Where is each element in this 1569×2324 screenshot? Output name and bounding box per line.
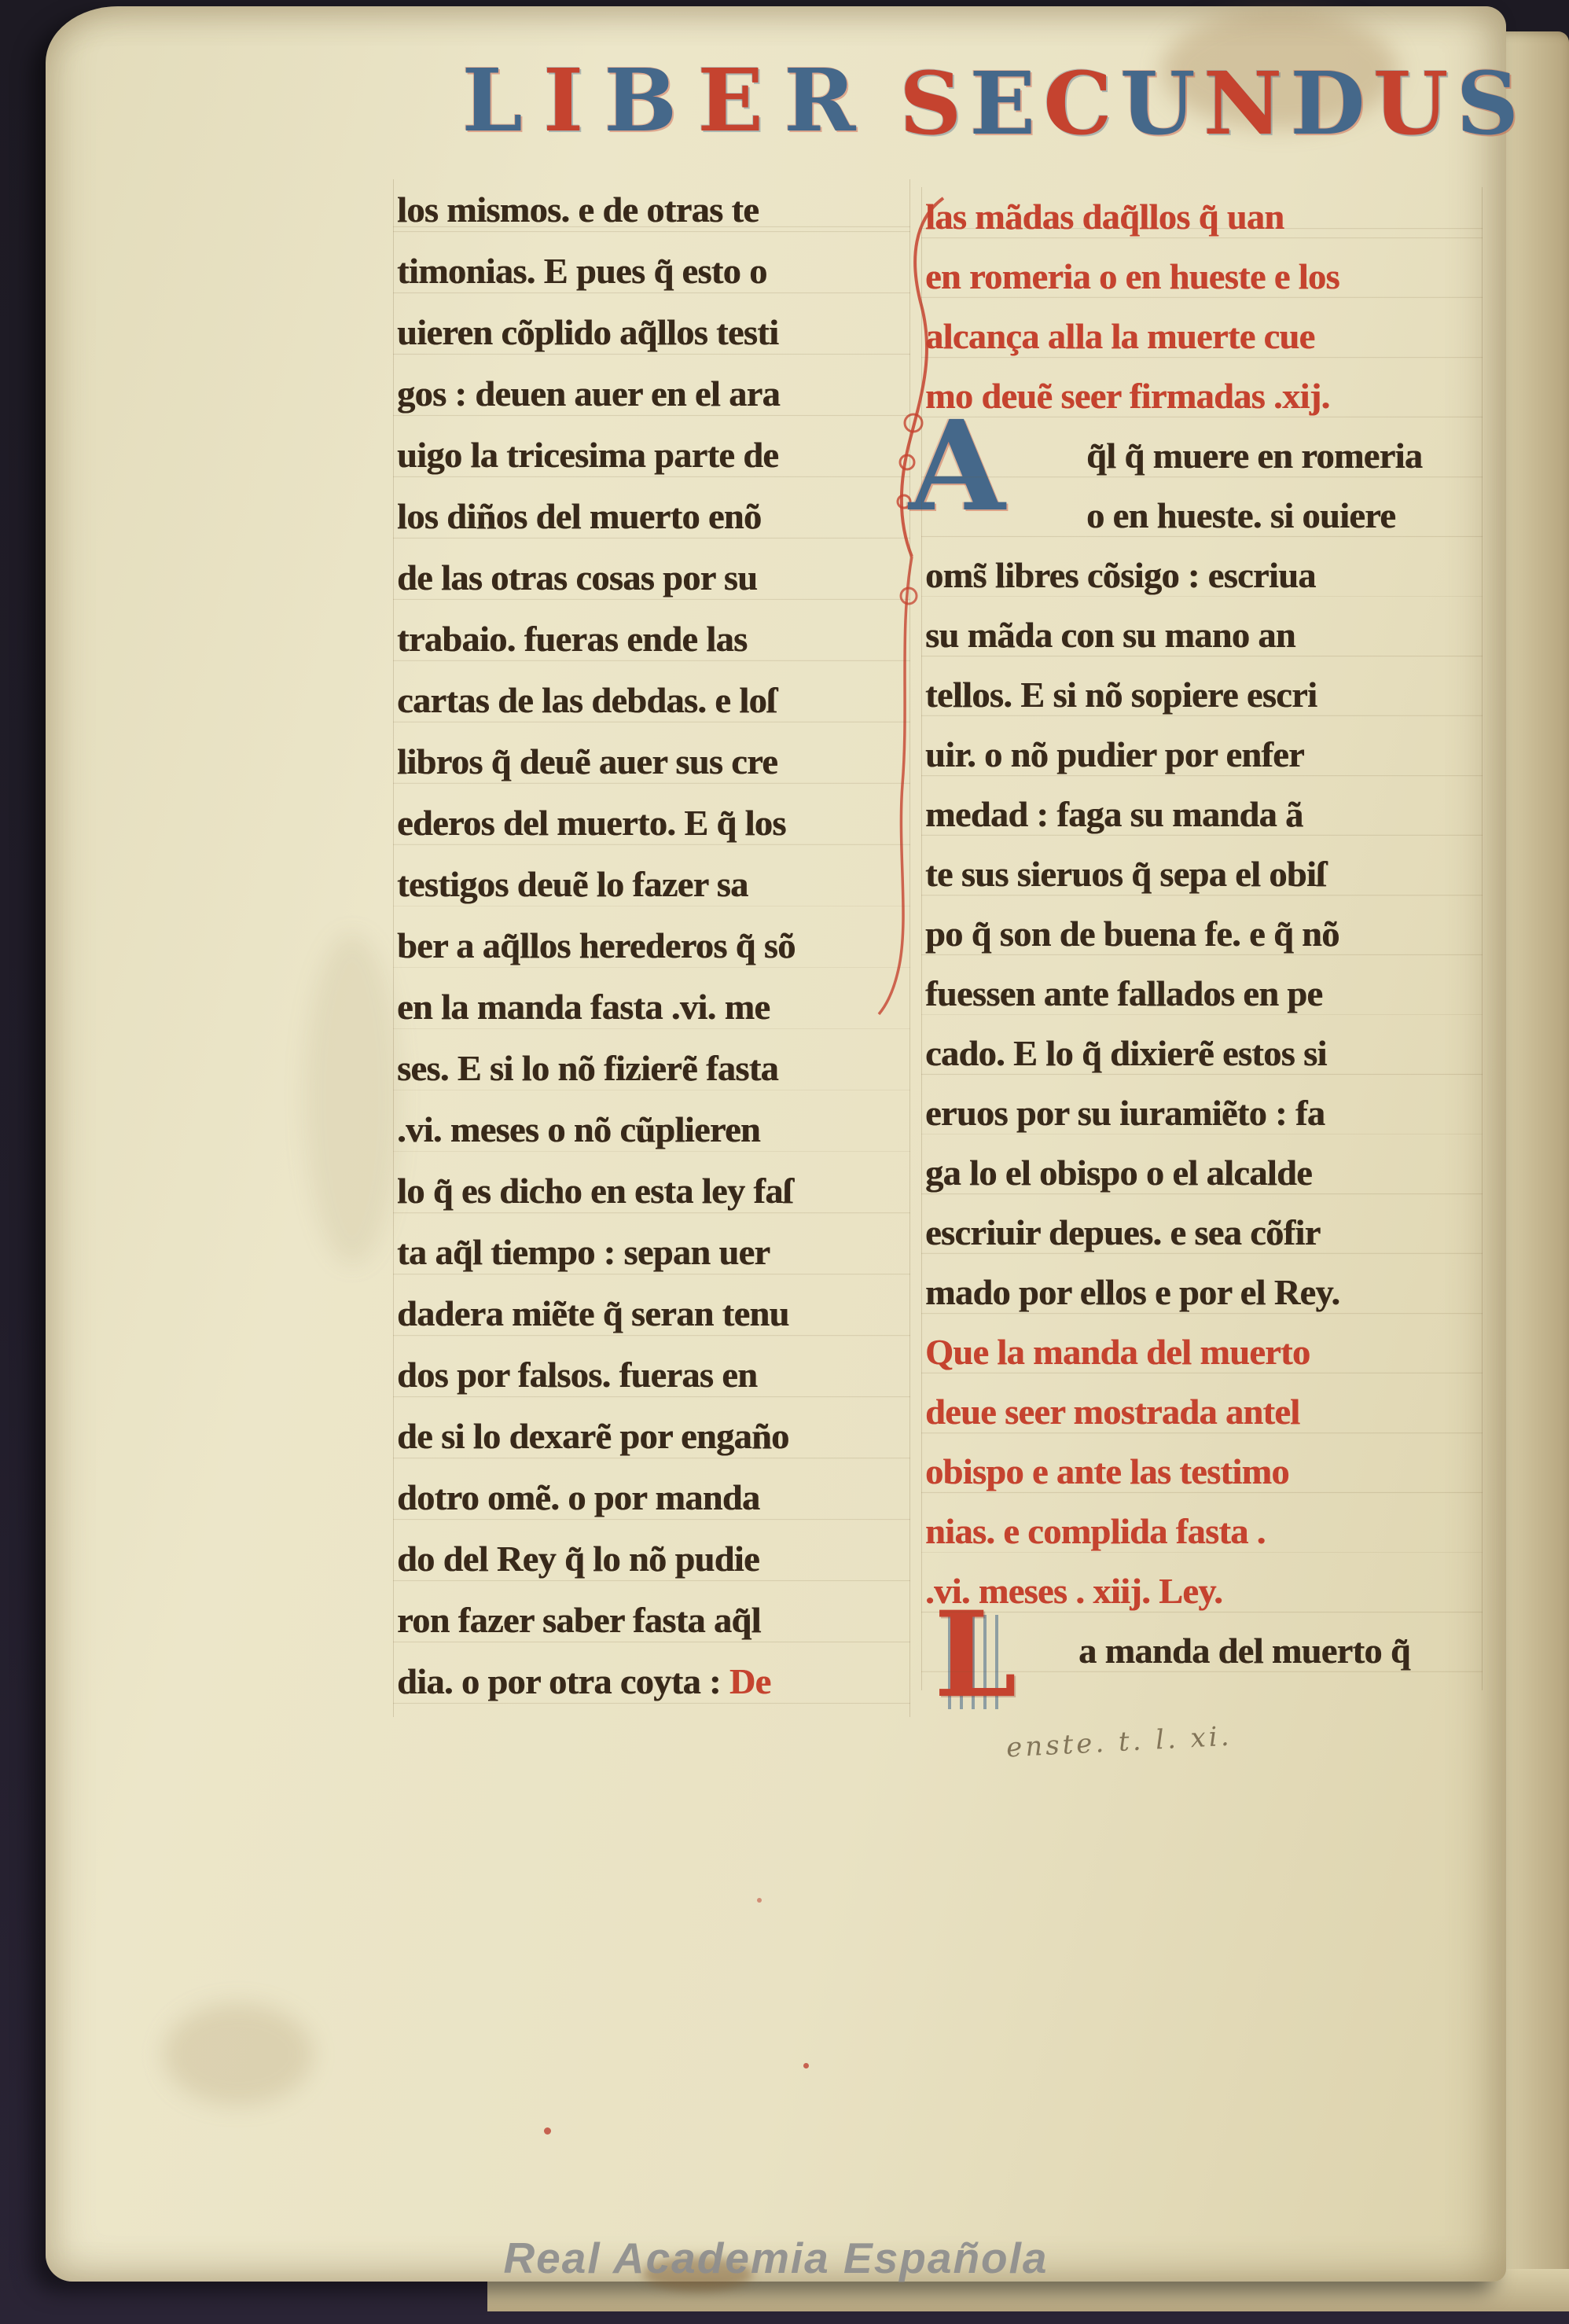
text-line: alcança alla la muerte cue — [925, 307, 1479, 366]
text-line: fuessen ante fallados en pe — [925, 964, 1479, 1024]
running-title-secundus: SECUNDUS — [926, 57, 1492, 167]
parchment-page: LIBER SECUNDUS A L los mismos. e de otra… — [46, 6, 1506, 2282]
text-line: deue seer mostrada antel — [925, 1382, 1479, 1442]
text-line: ta aq̃l tiempo : sepan uer — [397, 1222, 906, 1283]
text-line: dotro omẽ. o por manda — [397, 1467, 906, 1528]
header-letter: E — [697, 53, 763, 148]
manuscript-photo: LIBER SECUNDUS A L los mismos. e de otra… — [0, 0, 1569, 2324]
text-line: oms̃ libres cõsigo : escriua — [925, 546, 1479, 605]
text-line: uieren cõplido aq̃llos testi — [397, 302, 906, 363]
text-line: timonias. E pues q̃ esto o — [397, 241, 906, 302]
text-line: .vi. meses o nõ cũplieren — [397, 1099, 906, 1160]
text-line: nias. e complida fasta . — [925, 1502, 1479, 1561]
text-line: escriuir depues. e sea cõfir — [925, 1203, 1479, 1263]
text-line: libros q̃ deuẽ auer sus cre — [397, 731, 906, 792]
text-line: q̃l q̃ muere en romeria — [925, 426, 1479, 486]
text-line: ron fazer saber fasta aq̃l — [397, 1590, 906, 1651]
text-line: los mismos. e de otras te — [397, 179, 906, 241]
header-letter: C — [1043, 57, 1112, 151]
header-letter: U — [1373, 57, 1449, 151]
text-line: las mãdas daq̃llos q̃ uan — [925, 187, 1479, 247]
ink-speck — [803, 2063, 809, 2068]
text-line: o en hueste. si ouiere — [925, 486, 1479, 546]
text-line: tellos. E si nõ sopiere escri — [925, 665, 1479, 725]
text-line: dos por falsos. fueras en — [397, 1344, 906, 1406]
text-line: su mãda con su mano an — [925, 605, 1479, 665]
text-line: te sus sieruos q̃ sepa el obiſ — [925, 844, 1479, 904]
header-letter: L — [461, 53, 522, 148]
text-column-right: las mãdas daq̃llos q̃ uanen romeria o e… — [921, 187, 1483, 1690]
text-line: en la manda fasta .vi. me — [397, 976, 906, 1038]
text-line: gos : deuen auer en el ara — [397, 363, 906, 425]
header-letter: S — [1457, 57, 1519, 151]
text-line: ber a aq̃llos herederos q̃ sõ — [397, 915, 906, 976]
text-line: dia. o por otra coyta : De — [397, 1651, 906, 1712]
text-line: po q̃ son de buena fe. e q̃ nõ — [925, 904, 1479, 964]
text-line: de si lo dexarẽ por engaño — [397, 1406, 906, 1467]
stain — [164, 2003, 313, 2105]
text-line: do del Rey q̃ lo nõ pudie — [397, 1528, 906, 1590]
text-line: ga lo el obispo o el alcalde — [925, 1143, 1479, 1203]
header-letter: U — [1120, 57, 1196, 151]
text-line: medad : faga su manda ã — [925, 785, 1479, 844]
stain — [305, 934, 399, 1264]
ink-speck — [757, 1898, 762, 1903]
text-line: a manda del muerto q̃ — [925, 1621, 1479, 1681]
marginal-note: enste. t. l. xi. — [1005, 1721, 1233, 1764]
ink-speck — [544, 2127, 551, 2135]
text-line: eruos por su iuramiẽto : fa — [925, 1083, 1479, 1143]
header-letter: D — [1290, 57, 1365, 151]
text-line: los diños del muerto enõ — [397, 486, 906, 547]
header-letter: N — [1203, 57, 1283, 151]
text-line: dadera miẽte q̃ seran tenu — [397, 1283, 906, 1344]
text-line: testigos deuẽ lo fazer sa — [397, 854, 906, 915]
header-letter: E — [969, 57, 1035, 151]
text-line: mo deuẽ seer firmadas .xij. — [925, 366, 1479, 426]
text-line: lo q̃ es dicho en esta ley faſ — [397, 1160, 906, 1222]
text-line: de las otras cosas por su — [397, 547, 906, 609]
text-line: .vi. meses . xiij. Ley. — [925, 1561, 1479, 1621]
header-letter: B — [604, 53, 677, 148]
header-letter: S — [899, 57, 961, 151]
text-line: obispo e ante las testimo — [925, 1442, 1479, 1502]
text-line: mado por ellos e por el Rey. — [925, 1263, 1479, 1322]
text-line: ses. E si lo nõ fizierẽ fasta — [397, 1038, 906, 1099]
header-letter: I — [543, 53, 583, 148]
text-line: cado. E lo q̃ dixierẽ estos si — [925, 1024, 1479, 1083]
text-column-left: los mismos. e de otras tetimonias. E pue… — [393, 179, 910, 1717]
text-line: ederos del muerto. E q̃ los — [397, 792, 906, 854]
text-line: uigo la tricesima parte de — [397, 425, 906, 486]
header-letter: R — [784, 53, 855, 148]
running-title-liber: LIBER — [415, 53, 902, 164]
text-line: trabaio. fueras ende las — [397, 609, 906, 670]
text-line: en romeria o en hueste e los — [925, 247, 1479, 307]
text-line: cartas de las debdas. e loſ — [397, 670, 906, 731]
text-line: uir. o nõ pudier por enfer — [925, 725, 1479, 785]
watermark: Real Academia Española — [46, 2233, 1506, 2283]
text-line: Que la manda del muerto — [925, 1322, 1479, 1382]
